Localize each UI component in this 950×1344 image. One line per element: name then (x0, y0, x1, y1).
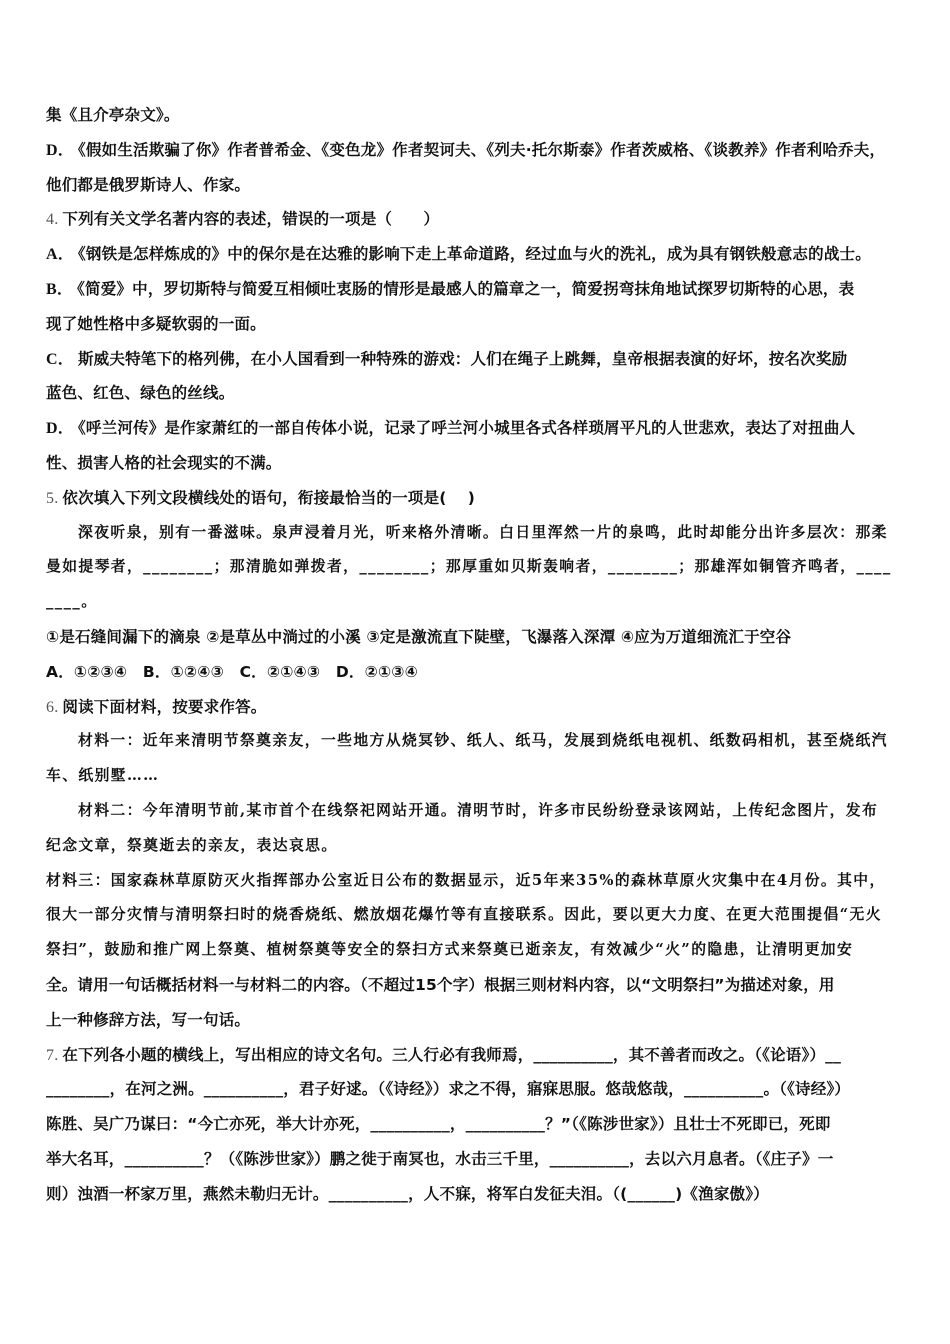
option-label: D． (46, 142, 74, 159)
question-number: 7. (46, 1047, 58, 1064)
material-1-line: 车、纸别墅…… (46, 759, 912, 794)
q5-passage-line: ____。 (46, 585, 912, 620)
question-number: 6. (46, 699, 58, 716)
q5-answers: A．①②③④ B．①②④③ C．②①④③ D．②①③④ (46, 655, 912, 690)
option-label: C． (46, 351, 74, 368)
material-3-line: 很大一部分灾情与清明祭扫时的烧香烧纸、燃放烟花爆竹等有直接联系。因此，要以更大力… (46, 898, 912, 933)
text-line: 他们都是俄罗斯诗人、作家。 (46, 168, 912, 203)
option-d-prev: D．《假如生活欺骗了你》作者普希金、《变色龙》作者契诃夫、《列夫·托尔斯泰》作者… (46, 133, 912, 168)
q7-line: 举大名耳，__________？（《陈涉世家》）鹏之徙于南冥也，水击三千里，__… (46, 1142, 912, 1177)
q4-option-d-cont: 性、损害人格的社会现实的不满。 (46, 446, 912, 481)
question-7-stem: 7.在下列各小题的横线上，写出相应的诗文名句。三人行必有我师焉，________… (46, 1038, 912, 1073)
question-5-stem: 5.依次填入下列文段横线处的语句，衔接最恰当的一项是( ) (46, 481, 912, 516)
material-3-line: 祭扫”，鼓励和推广网上祭奠、植树祭奠等安全的祭扫方式来祭奠已逝亲友，有效减少“火… (46, 933, 912, 968)
material-3-line: 全。请用一句话概括材料一与材料二的内容。（不超过15个字）根据三则材料内容，以“… (46, 968, 912, 1003)
material-2-line: 材料二：今年清明节前,某市首个在线祭祀网站开通。清明节时，许多市民纷纷登录该网站… (46, 794, 912, 829)
exam-page: 集《且介亭杂文》。 D．《假如生活欺骗了你》作者普希金、《变色龙》作者契诃夫、《… (46, 98, 912, 1212)
option-label: D． (46, 420, 74, 437)
question-text: 阅读下面材料，按要求作答。 (62, 698, 266, 716)
material-3-line: 材料三：国家森林草原防灭火指挥部办公室近日公布的数据显示，近5年来35%的森林草… (46, 864, 912, 899)
question-6-stem: 6.阅读下面材料，按要求作答。 (46, 690, 912, 725)
option-text: 斯威夫特笔下的格列佛，在小人国看到一种特殊的游戏：人们在绳子上跳舞，皇帝根据表演… (78, 350, 847, 368)
option-label: A． (46, 246, 74, 263)
question-text: 在下列各小题的横线上，写出相应的诗文名句。三人行必有我师焉，__________… (62, 1046, 841, 1064)
question-4-stem: 4.下列有关文学名著内容的表述，错误的一项是（ ） (46, 202, 912, 237)
q4-option-c-cont: 蓝色、红色、绿色的丝线。 (46, 376, 912, 411)
q7-line: 则）浊酒一杯家万里，燕然未勒归无计。__________，人不寐，将军白发征夫泪… (46, 1177, 912, 1212)
option-label: B． (46, 281, 73, 298)
q4-option-b-cont: 现了她性格中多疑软弱的一面。 (46, 307, 912, 342)
q7-line: 陈胜、吴广乃谋曰：“今亡亦死，举大计亦死，__________，________… (46, 1107, 912, 1142)
q5-passage-line: 曼如提琴者，________；那清脆如弹拨者，________；那厚重如贝斯轰响… (46, 550, 912, 585)
question-text: 依次填入下列文段横线处的语句，衔接最恰当的一项是( ) (62, 489, 475, 507)
q4-option-a: A．《钢铁是怎样炼成的》中的保尔是在达雅的影响下走上革命道路，经过血与火的洗礼，… (46, 237, 912, 272)
q7-line: ________，在河之洲。__________，君子好逑。（《诗经》）求之不得… (46, 1072, 912, 1107)
q4-option-b: B．《简爱》中，罗切斯特与简爱互相倾吐衷肠的情形是最感人的篇章之一，简爱拐弯抹角… (46, 272, 912, 307)
question-number: 5. (46, 490, 58, 507)
q4-option-c: C．斯威夫特笔下的格列佛，在小人国看到一种特殊的游戏：人们在绳子上跳舞，皇帝根据… (46, 342, 912, 377)
option-text: 《钢铁是怎样炼成的》中的保尔是在达雅的影响下走上革命道路，经过血与火的洗礼，成为… (78, 245, 871, 263)
question-number: 4. (46, 211, 58, 228)
option-text: 《简爱》中，罗切斯特与简爱互相倾吐衷肠的情形是最感人的篇章之一，简爱拐弯抹角地试… (77, 280, 854, 298)
material-2-line: 纪念文章，祭奠逝去的亲友，表达哀思。 (46, 829, 912, 864)
q5-passage-line: 深夜听泉，别有一番滋味。泉声浸着月光，听来格外清晰。白日里浑然一片的泉鸣，此时却… (46, 516, 912, 551)
text-line: 集《且介亭杂文》。 (46, 98, 912, 133)
option-text: 《呼兰河传》是作家萧红的一部自传体小说，记录了呼兰河小城里各式各样琐屑平凡的人世… (78, 419, 855, 437)
question-text: 下列有关文学名著内容的表述，错误的一项是（ ） (62, 210, 439, 228)
q5-choices: ①是石缝间漏下的滴泉 ②是草丛中淌过的小溪 ③定是激流直下陡壁，飞瀑落入深潭 ④… (46, 620, 912, 655)
q4-option-d: D．《呼兰河传》是作家萧红的一部自传体小说，记录了呼兰河小城里各式各样琐屑平凡的… (46, 411, 912, 446)
material-1-line: 材料一：近年来清明节祭奠亲友，一些地方从烧冥钞、纸人、纸马，发展到烧纸电视机、纸… (46, 724, 912, 759)
option-text: 《假如生活欺骗了你》作者普希金、《变色龙》作者契诃夫、《列夫·托尔斯泰》作者茨威… (78, 141, 885, 159)
material-3-line: 上一种修辞方法，写一句话。 (46, 1003, 912, 1038)
